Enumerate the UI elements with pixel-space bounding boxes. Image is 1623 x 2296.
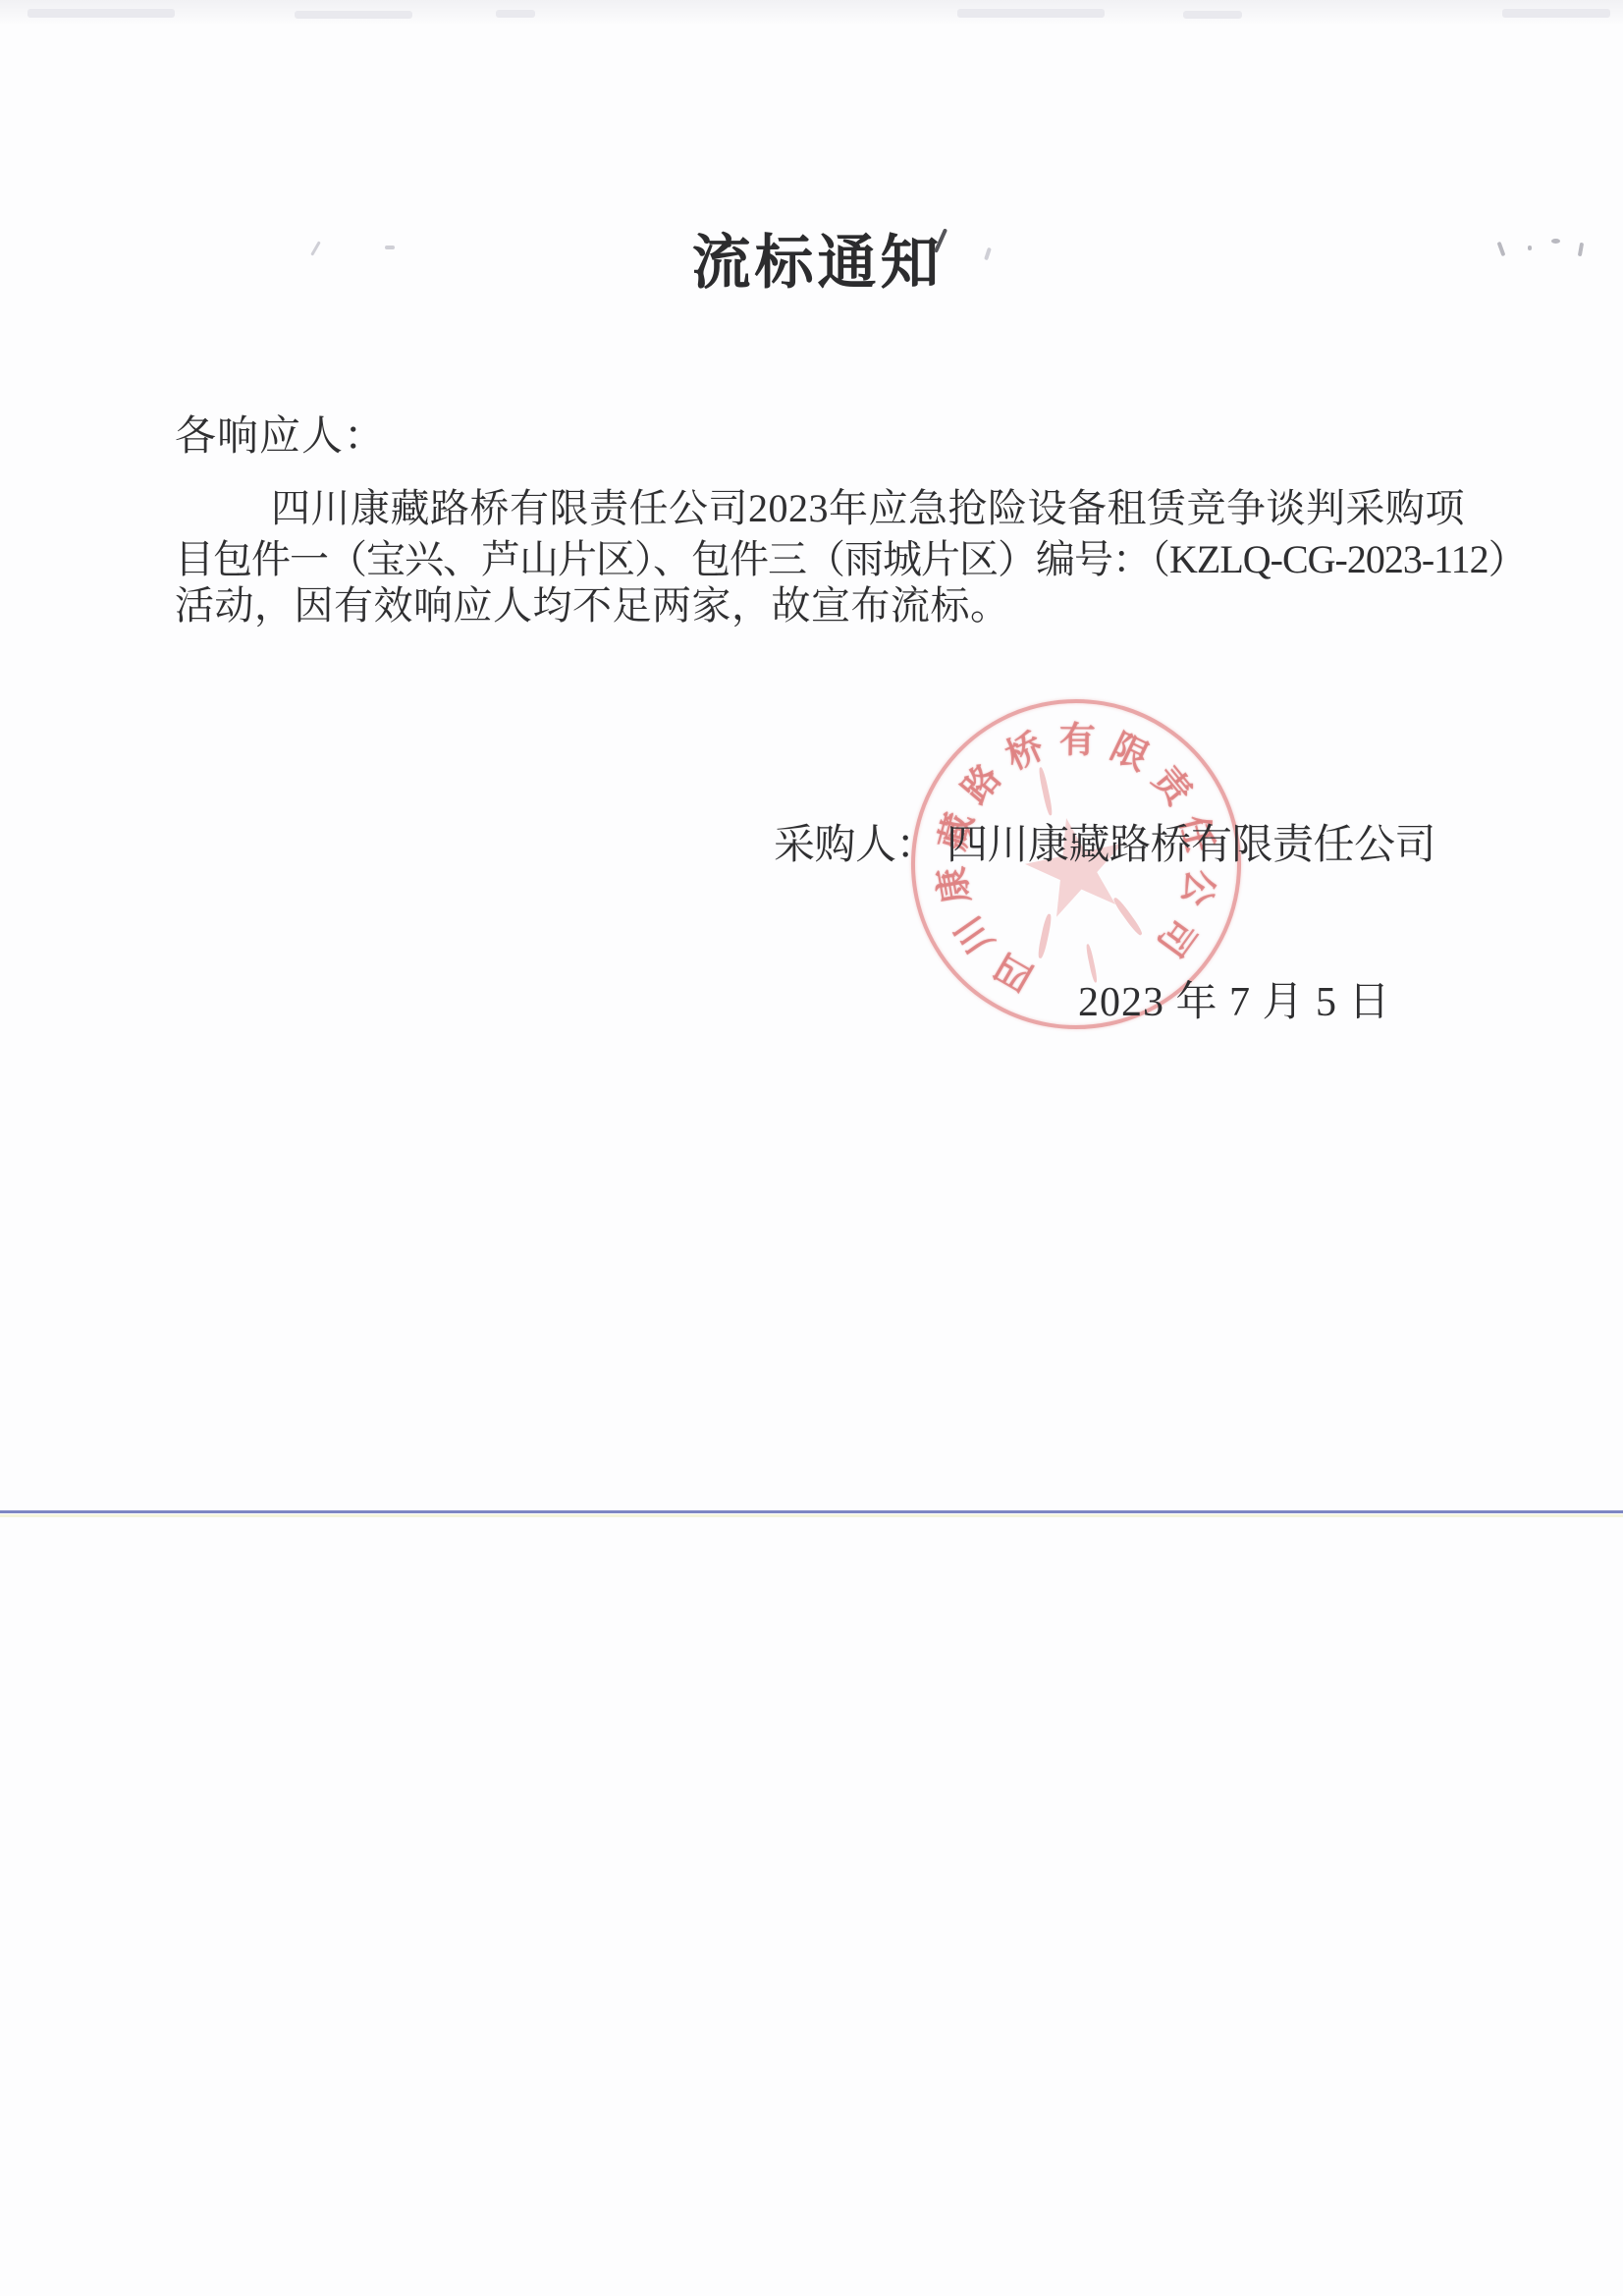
buyer-label: 采购人： bbox=[774, 823, 937, 868]
document-date: 2023 年 7 月 5 日 bbox=[1078, 982, 1391, 1023]
scan-artifact bbox=[27, 9, 175, 18]
page-divider-line-shadow bbox=[0, 1514, 1623, 1517]
scan-edge bbox=[0, 0, 1623, 24]
seal-char: 限 bbox=[1104, 717, 1160, 781]
seal-char: 康 bbox=[921, 863, 980, 908]
scan-artifact bbox=[295, 11, 412, 19]
seal-char: 川 bbox=[940, 907, 1003, 967]
body-line: 目包件一（宝兴、芦山片区）、包件三（雨城片区）编号：（KZLQ-CG-2023-… bbox=[175, 540, 1527, 579]
body-line: 活动，因有效响应人均不足两家，故宣布流标。 bbox=[175, 586, 1010, 626]
seal-char: 司 bbox=[1147, 909, 1211, 970]
scan-artifact bbox=[957, 9, 1105, 18]
scan-artifact bbox=[496, 10, 535, 18]
page-divider-line bbox=[0, 1510, 1623, 1513]
seal-char: 责 bbox=[1143, 752, 1207, 814]
buyer-line: 采购人：四川康藏路桥有限责任公司 bbox=[774, 825, 1435, 866]
buyer-name: 四川康藏路桥有限责任公司 bbox=[947, 823, 1435, 868]
scan-artifact bbox=[1183, 11, 1242, 19]
salutation: 各响应人： bbox=[175, 416, 386, 458]
seal-char: 公 bbox=[1172, 865, 1231, 911]
seal-char: 有 bbox=[1058, 710, 1096, 763]
body-line: 四川康藏路桥有限责任公司2023年应急抢险设备租赁竞争谈判采购项 bbox=[271, 489, 1465, 528]
scan-artifact bbox=[1502, 9, 1610, 18]
seal-char: 四 bbox=[983, 943, 1041, 1007]
scanned-document-page: 流标通知 各响应人： 四川康藏路桥有限责任公司2023年应急抢险设备租赁竞争谈判… bbox=[0, 0, 1623, 2296]
seal-char: 路 bbox=[947, 750, 1010, 812]
document-title: 流标通知 bbox=[6, 234, 1623, 293]
scan-artifact bbox=[1528, 246, 1532, 250]
scan-artifact bbox=[385, 246, 395, 249]
scan-artifact bbox=[1551, 239, 1560, 244]
